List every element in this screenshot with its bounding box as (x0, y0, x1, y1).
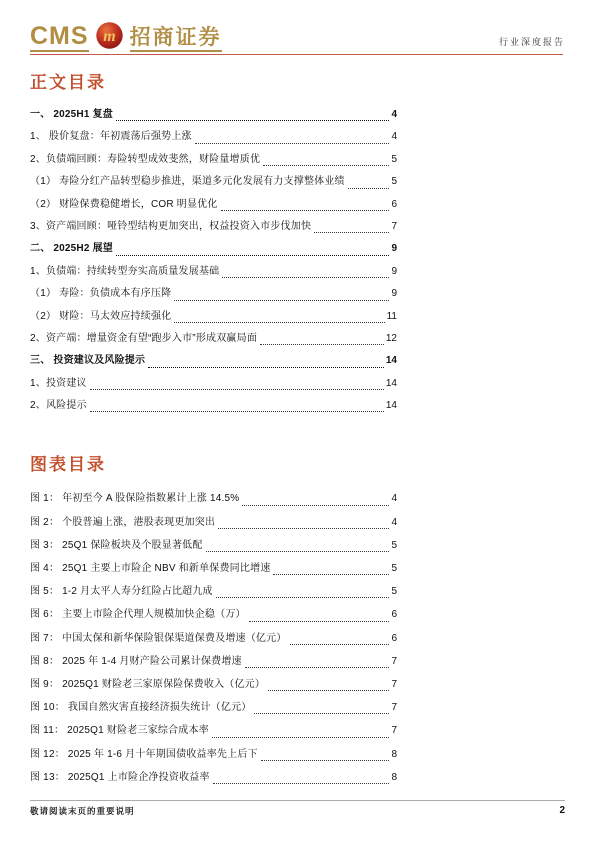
dot-leader (148, 367, 384, 368)
toc-entry-label: （1） 寿险分红产品转型稳步推进，渠道多元化发展有力支撑整体业绩 (30, 171, 345, 193)
logo-cms-text: CMS (30, 24, 89, 52)
figure-entry[interactable]: 图 2： 个股普遍上涨，港股表现更加突出 4 (30, 511, 397, 534)
toc-entry[interactable]: 二、 2025H2 展望 9 (30, 238, 397, 260)
toc-entry-label: 3、资产端回顾：哑铃型结构更加突出，权益投资入市步伐加快 (30, 216, 311, 238)
toc-content: 正文目录 一、 2025H1 复盘 4 1、 股价复盘：年初震荡后强势上涨 4 … (30, 63, 397, 789)
figure-entry-page: 7 (391, 696, 397, 719)
footer-disclaimer: 敬请阅读末页的重要说明 (30, 805, 135, 817)
toc-entry-page: 6 (391, 194, 397, 216)
toc-entry-page: 9 (391, 261, 397, 283)
dot-leader (116, 120, 389, 121)
footer-divider (30, 800, 565, 801)
figure-entry[interactable]: 图 3： 25Q1 保险板块及个股显著低配 5 (30, 534, 397, 557)
figure-entry-label: 图 11： 2025Q1 财险老三家综合成本率 (30, 719, 209, 742)
dot-leader (245, 667, 390, 668)
dot-leader (195, 143, 390, 144)
figure-entry-page: 4 (391, 511, 397, 534)
dot-leader (221, 210, 390, 211)
toc-entry-label: 一、 2025H1 复盘 (30, 104, 113, 126)
toc-entry[interactable]: 1、负债端：持续转型夯实高质量发展基础 9 (30, 261, 397, 283)
dot-leader (222, 277, 389, 278)
figure-entry[interactable]: 图 8： 2025 年 1-4 月财产险公司累计保费增速 7 (30, 650, 397, 673)
toc-entry-page: 14 (386, 373, 397, 395)
figure-entry-label: 图 1： 年初至今 A 股保险指数累计上涨 14.5% (30, 487, 239, 510)
toc-list: 一、 2025H1 复盘 4 1、 股价复盘：年初震荡后强势上涨 4 2、负债端… (30, 104, 397, 417)
figure-entry[interactable]: 图 5： 1-2 月太平人寿分红险占比超九成 5 (30, 580, 397, 603)
page-header: CMS m 招商证券 (30, 16, 565, 55)
figure-entry[interactable]: 图 12： 2025 年 1-6 月十年期国债收益率先上后下 8 (30, 743, 397, 766)
figure-entry[interactable]: 图 1： 年初至今 A 股保险指数累计上涨 14.5% 4 (30, 487, 397, 510)
figure-entry-label: 图 9： 2025Q1 财险老三家原保险保费收入（亿元） (30, 673, 265, 696)
toc-entry-page: 14 (386, 350, 397, 372)
toc-entry[interactable]: （1） 寿险：负债成本有序压降 9 (30, 283, 397, 305)
figure-entry-label: 图 5： 1-2 月太平人寿分红险占比超九成 (30, 580, 213, 603)
toc-entry[interactable]: （2） 财险：马太效应持续强化 11 (30, 306, 397, 328)
dot-leader (218, 528, 389, 529)
toc-entry[interactable]: 3、资产端回顾：哑铃型结构更加突出，权益投资入市步伐加快 7 (30, 216, 397, 238)
page-number: 2 (559, 805, 565, 816)
figure-entry[interactable]: 图 6： 主要上市险企代理人规模加快企稳（万） 6 (30, 603, 397, 626)
dot-leader (290, 644, 390, 645)
figures-section-title: 图表目录 (30, 450, 397, 475)
figure-entry-page: 5 (391, 534, 397, 557)
figure-entry-page: 8 (391, 766, 397, 789)
figure-entry[interactable]: 图 11： 2025Q1 财险老三家综合成本率 7 (30, 719, 397, 742)
figure-entry-label: 图 12： 2025 年 1-6 月十年期国债收益率先上后下 (30, 743, 258, 766)
dot-leader (268, 690, 389, 691)
figure-entry-page: 7 (391, 650, 397, 673)
figure-entry-page: 7 (391, 673, 397, 696)
toc-entry[interactable]: 2、风险提示 14 (30, 395, 397, 417)
dot-leader (314, 232, 389, 233)
emblem-glyph: m (103, 28, 115, 45)
toc-entry-page: 7 (391, 216, 397, 238)
figure-entry-label: 图 6： 主要上市险企代理人规模加快企稳（万） (30, 603, 246, 626)
toc-entry-page: 12 (386, 328, 397, 350)
toc-entry-page: 14 (386, 395, 397, 417)
toc-entry-label: 2、资产端：增量资金有望“跑步入市”形成双赢局面 (30, 328, 257, 350)
toc-entry-page: 9 (391, 238, 397, 260)
figure-entry[interactable]: 图 13： 2025Q1 上市险企净投资收益率 8 (30, 766, 397, 789)
figure-entry-page: 4 (391, 487, 397, 510)
dot-leader (273, 574, 389, 575)
toc-entry[interactable]: 三、 投资建议及风险提示 14 (30, 350, 397, 372)
page-footer: 敬请阅读末页的重要说明 2 (30, 800, 565, 817)
toc-entry-page: 4 (391, 126, 397, 148)
dot-leader (263, 165, 389, 166)
dot-leader (254, 713, 389, 714)
figure-entry-label: 图 10： 我国自然灾害直接经济损失统计（亿元） (30, 696, 251, 719)
dot-leader (216, 597, 390, 598)
dot-leader (212, 737, 390, 738)
toc-entry[interactable]: 1、投资建议 14 (30, 373, 397, 395)
toc-entry-page: 5 (391, 149, 397, 171)
toc-entry-label: 1、投资建议 (30, 373, 87, 395)
dot-leader (116, 255, 389, 256)
toc-entry-label: （1） 寿险：负债成本有序压降 (30, 283, 171, 305)
figure-entry-page: 5 (391, 580, 397, 603)
cms-logo: CMS m 招商证券 (30, 22, 222, 52)
figure-entry[interactable]: 图 9： 2025Q1 财险老三家原保险保费收入（亿元） 7 (30, 673, 397, 696)
report-type-label: 行业深度报告 (499, 35, 565, 52)
figure-entry[interactable]: 图 7： 中国太保和新华保险银保渠道保费及增速（亿元） 6 (30, 627, 397, 650)
dot-leader (174, 300, 389, 301)
figure-entry-label: 图 3： 25Q1 保险板块及个股显著低配 (30, 534, 203, 557)
toc-entry-label: 三、 投资建议及风险提示 (30, 350, 145, 372)
toc-entry-page: 5 (391, 171, 397, 193)
figure-entry-label: 图 2： 个股普遍上涨，港股表现更加突出 (30, 511, 215, 534)
figure-entry-page: 6 (391, 627, 397, 650)
figure-entry-label: 图 7： 中国太保和新华保险银保渠道保费及增速（亿元） (30, 627, 287, 650)
logo-company-name: 招商证券 (130, 25, 222, 52)
toc-entry-label: （2） 财险：马太效应持续强化 (30, 306, 171, 328)
toc-entry-page: 11 (387, 306, 397, 328)
toc-entry[interactable]: （1） 寿险分红产品转型稳步推进，渠道多元化发展有力支撑整体业绩 5 (30, 171, 397, 193)
toc-entry[interactable]: 一、 2025H1 复盘 4 (30, 104, 397, 126)
toc-entry-page: 9 (391, 283, 397, 305)
dot-leader (90, 389, 384, 390)
toc-entry-label: （2） 财险保费稳健增长，COR 明显优化 (30, 194, 218, 216)
dot-leader (348, 188, 390, 189)
dot-leader (174, 322, 384, 323)
toc-entry-label: 二、 2025H2 展望 (30, 238, 113, 260)
toc-entry[interactable]: （2） 财险保费稳健增长，COR 明显优化 6 (30, 194, 397, 216)
figure-entry-page: 8 (391, 743, 397, 766)
toc-entry-label: 2、风险提示 (30, 395, 87, 417)
toc-entry[interactable]: 1、 股价复盘：年初震荡后强势上涨 4 (30, 126, 397, 148)
toc-entry-page: 4 (391, 104, 397, 126)
dot-leader (242, 505, 389, 506)
toc-section-title: 正文目录 (30, 68, 397, 93)
figure-entry[interactable]: 图 4： 25Q1 主要上市险企 NBV 和新单保费同比增速 5 (30, 557, 397, 580)
figure-entry[interactable]: 图 10： 我国自然灾害直接经济损失统计（亿元） 7 (30, 696, 397, 719)
dot-leader (213, 783, 390, 784)
figures-list: 图 1： 年初至今 A 股保险指数累计上涨 14.5% 4 图 2： 个股普遍上… (30, 487, 397, 788)
dot-leader (260, 344, 384, 345)
dot-leader (90, 411, 384, 412)
figure-entry-page: 5 (391, 557, 397, 580)
report-page: CMS m 招商证券 (0, 0, 595, 841)
toc-entry-label: 1、 股价复盘：年初震荡后强势上涨 (30, 126, 192, 148)
header-divider (30, 54, 563, 55)
dot-leader (249, 621, 390, 622)
figure-entry-page: 7 (391, 719, 397, 742)
toc-entry[interactable]: 2、资产端：增量资金有望“跑步入市”形成双赢局面 12 (30, 328, 397, 350)
figure-entry-label: 图 8： 2025 年 1-4 月财产险公司累计保费增速 (30, 650, 242, 673)
figure-entry-page: 6 (391, 603, 397, 626)
cms-emblem-icon: m (96, 22, 123, 54)
toc-entry[interactable]: 2、负债端回顾：寿险转型成效斐然，财险量增质优 5 (30, 149, 397, 171)
figure-entry-label: 图 13： 2025Q1 上市险企净投资收益率 (30, 766, 210, 789)
dot-leader (206, 551, 390, 552)
toc-entry-label: 1、负债端：持续转型夯实高质量发展基础 (30, 261, 219, 283)
toc-entry-label: 2、负债端回顾：寿险转型成效斐然，财险量增质优 (30, 149, 260, 171)
dot-leader (261, 760, 390, 761)
figure-entry-label: 图 4： 25Q1 主要上市险企 NBV 和新单保费同比增速 (30, 557, 270, 580)
